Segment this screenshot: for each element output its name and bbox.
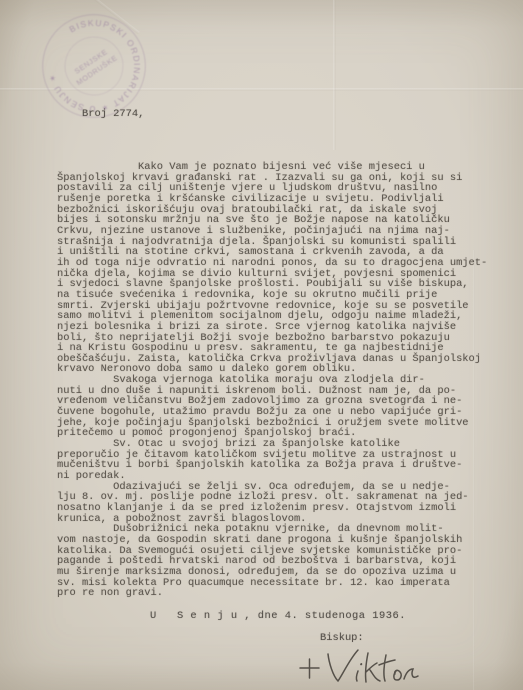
signature-t-stroke bbox=[379, 655, 395, 681]
signature-v-stroke bbox=[328, 650, 358, 681]
signature-o-stroke bbox=[394, 670, 401, 680]
signature-r-stroke bbox=[404, 669, 418, 679]
signature-i-stroke bbox=[356, 664, 361, 681]
letter-body: Kako Vam je poznato bijesni već više mje… bbox=[57, 162, 517, 599]
signature-plus-stroke bbox=[300, 659, 319, 678]
body-line: njezi bolesnika i brizi za sirote. Srce … bbox=[57, 322, 517, 333]
signature-k-stroke bbox=[366, 653, 380, 682]
body-line: ih od toga nije odvratio ni narodni pono… bbox=[57, 258, 517, 269]
fold-crease-vertical-top bbox=[333, 0, 336, 150]
body-line: mučeništvu i borbi španjolskih katolika … bbox=[57, 460, 517, 471]
letter-page: BISKUPSKI ORDINARIJAT ✶ U SENJU ✶ SENJSK… bbox=[0, 0, 523, 690]
body-line: pro re non gravi. bbox=[57, 588, 517, 599]
body-line: Crkvu, njezine ustanove i službenike, po… bbox=[57, 226, 517, 237]
reference-number: Broj 2774, bbox=[82, 108, 144, 120]
handwritten-signature bbox=[292, 641, 422, 689]
dateline: U S e n j u , dne 4. studenoga 1936. bbox=[150, 610, 406, 622]
episcopal-stamp-icon: BISKUPSKI ORDINARIJAT ✶ U SENJU ✶ SENJSK… bbox=[16, 0, 171, 144]
body-line: mu širenje marksizma donosi, određujem, … bbox=[57, 567, 517, 578]
body-line: na tisuće svećenika i redovnika, koje su… bbox=[57, 290, 517, 301]
